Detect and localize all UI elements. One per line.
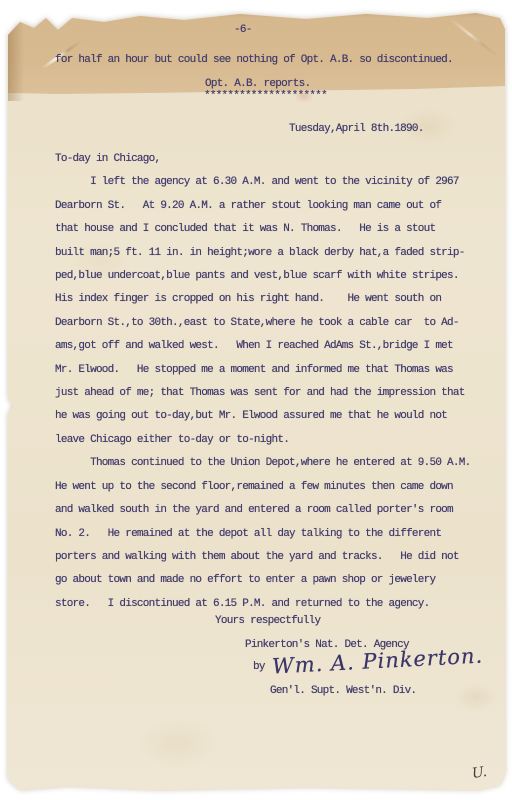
dateline: Tuesday,April 8th.1890. [289,123,424,136]
body-line: porters and walking with them about the … [55,546,491,569]
body-line: Dearborn St. At 9.20 A.M. a rather stout… [55,195,491,218]
body-line: go about town and made no effort to ente… [55,569,491,592]
body-line: His index finger is cropped on his right… [55,288,491,311]
body-line: that house and I concluded that it was N… [55,218,491,241]
body-line: he was going out to-day,but Mr. Elwood a… [55,405,491,428]
body-line: Mr. Elwood. He stopped me a moment and i… [55,359,491,382]
body-line: ams,got off and walked west. When I reac… [55,335,491,358]
carryover-line: for half an hour but could see nothing o… [55,54,453,67]
body-line: No. 2. He remained at the depot all day … [55,523,491,546]
body-line: Thomas continued to the Union Depot,wher… [55,452,491,475]
body-line: He went up to the second floor,remained … [55,476,491,499]
paper-sheet: -6- for half an hour but could see nothi… [8,9,505,791]
scanned-letter-page: -6- for half an hour but could see nothi… [8,9,505,791]
salutation: To-day in Chicago, [55,148,491,171]
by-label: by [253,661,265,674]
heading-asterisk-rule: ********************* [204,90,327,103]
page-number: -6- [234,24,252,37]
body-line: leave Chicago either to-day or to-night. [55,429,491,452]
body-line: just ahead of me; that Thomas was sent f… [55,382,491,405]
body-line: Dearborn St.,to 30th.,east to State,wher… [55,312,491,335]
body-line: store. I discontinued at 6.15 P.M. and r… [55,593,491,616]
pencil-annotation-mark: U. [471,764,488,782]
body-line: I left the agency at 6.30 A.M. and went … [55,171,491,194]
report-body: To-day in Chicago, I left the agency at … [55,148,491,616]
body-line: built man;5 ft. 11 in. in height;wore a … [55,242,491,265]
body-line: and walked south in the yard and entered… [55,499,491,522]
body-line: ped,blue undercoat,blue pants and vest,b… [55,265,491,288]
signer-title: Gen'l. Supt. West'n. Div. [270,685,416,698]
valediction: Yours respectfully [215,615,320,628]
